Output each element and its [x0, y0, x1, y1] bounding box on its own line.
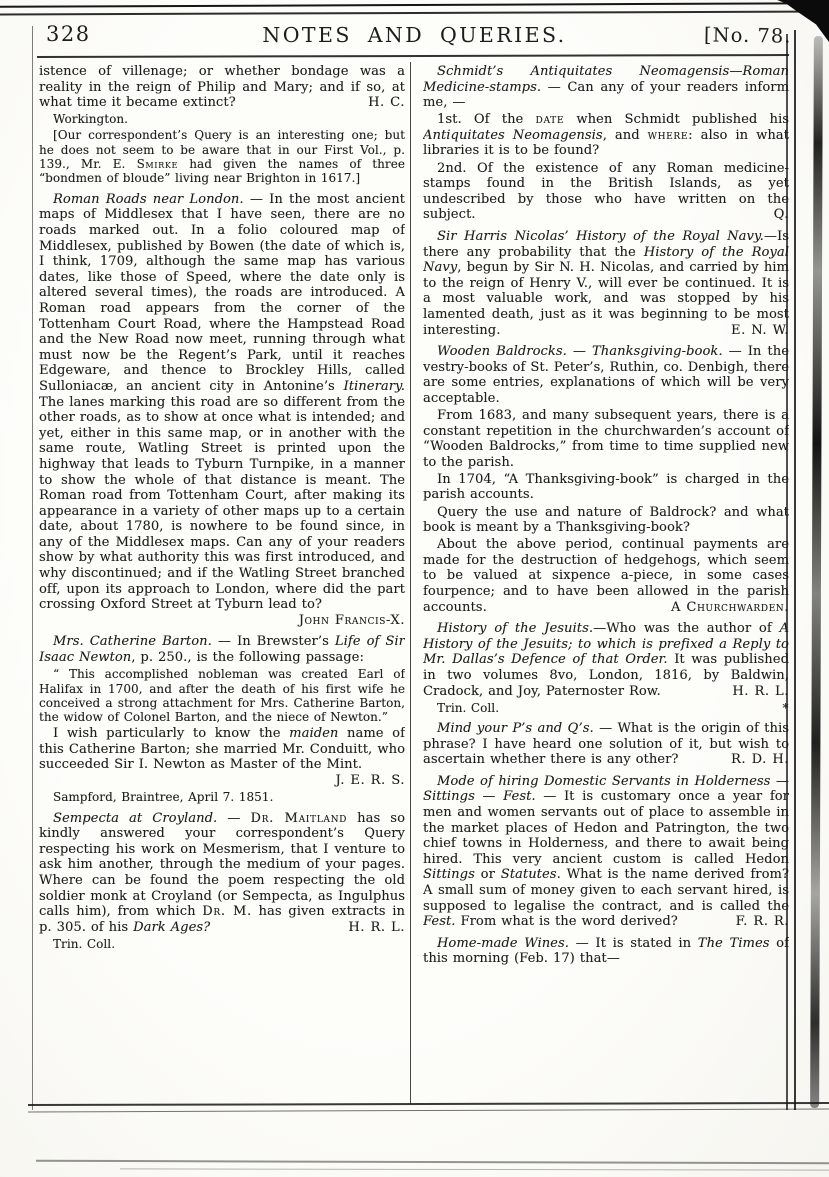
signature: H. C.: [358, 95, 405, 111]
signature: E. N. W.: [707, 323, 789, 339]
text-run: Mind your P’s and Q’s.: [437, 721, 594, 736]
text-run: From what is the word derived?: [456, 914, 678, 929]
text-run: Smirke: [137, 157, 179, 171]
paragraph: Mind your P’s and Q’s. — What is the ori…: [423, 721, 789, 768]
text-run: , and: [603, 128, 648, 143]
text-run: when Schmidt published his: [564, 112, 789, 127]
text-run: or: [475, 867, 501, 882]
paragraph: Workington.: [39, 112, 405, 126]
paragraph: Mrs. Catherine Barton. — In Brewster’s L…: [39, 634, 405, 665]
text-run: 1st. Of the: [437, 112, 536, 127]
book-spine-shadow: [810, 36, 823, 1108]
text-run: , p. 250., is the following passage:: [131, 650, 364, 665]
text-run: From 1683, and many subsequent years, th…: [423, 408, 789, 470]
text-run: Sittings: [423, 867, 475, 882]
paragraph: istence of villenage; or whether bondage…: [39, 64, 405, 111]
text-run: “ This accomplished nobleman was created…: [39, 667, 405, 724]
left-column: istence of villenage; or whether bondage…: [39, 64, 405, 1102]
paragraph: Wooden Baldrocks. — Thanksgiving-book. —…: [423, 344, 789, 406]
bottom-border-line: [28, 1102, 829, 1106]
paragraph: Sempecta at Croyland. — Dr. Maitland has…: [39, 811, 405, 936]
text-run: Sir Harris Nicolas’ History of the Royal…: [437, 229, 764, 244]
text-run: maiden: [289, 726, 338, 741]
text-run: Trin. Coll.: [53, 937, 115, 951]
text-run: Antiquitates Neomagensis: [423, 128, 603, 143]
right-column: Schmidt’s Antiquitates Neomagensis—Roman…: [423, 64, 789, 1102]
paragraph: Roman Roads near London. — In the most a…: [39, 192, 405, 629]
paragraph: About the above period, continual paymen…: [423, 537, 789, 615]
text-run: istence of villenage; or whether bondage…: [39, 64, 405, 110]
paragraph: Sampford, Braintree, April 7. 1851.: [39, 790, 405, 804]
header-divider-rule: [37, 54, 789, 58]
signature: H. R. L.: [708, 684, 789, 700]
text-run: History of the Jesuits.: [437, 621, 593, 636]
top-border-line: [0, 11, 829, 16]
signature: H. R. L.: [324, 920, 405, 936]
column-divider: [410, 62, 411, 1104]
issue-number: [No. 78.: [703, 23, 791, 47]
paragraph: Sir Harris Nicolas’ History of the Royal…: [423, 229, 789, 338]
signature: F. R. R.: [712, 914, 789, 930]
text-run: — It is stated in: [569, 936, 698, 951]
signature: Q.: [750, 207, 789, 223]
text-run: Roman Roads near London.: [53, 192, 244, 207]
text-run: The lanes marking this road are so diffe…: [39, 395, 405, 613]
text-run: date: [536, 112, 565, 127]
text-run: 2nd. Of the existence of any Roman medic…: [423, 161, 789, 223]
paragraph: “ This accomplished nobleman was created…: [39, 667, 405, 725]
paragraph: Trin. Coll.*: [423, 701, 789, 715]
signature: A Churchwarden.: [647, 600, 789, 616]
paragraph: From 1683, and many subsequent years, th…: [423, 408, 789, 470]
paragraph: Home-made Wines. — It is stated in The T…: [423, 936, 789, 967]
text-run: In 1704, “A Thanksgiving-book” is charge…: [423, 472, 789, 503]
paragraph: I wish particularly to know the maiden n…: [39, 726, 405, 788]
text-run: —Who was the author of: [593, 621, 779, 636]
scanned-page: 328 NOTES AND QUERIES. [No. 78. istence …: [0, 0, 829, 1177]
bottom-border-line: [28, 1108, 829, 1112]
paragraph: History of the Jesuits.—Who was the auth…: [423, 621, 789, 699]
text-run: The Times: [698, 936, 770, 951]
signature: J. E. R. S.: [311, 773, 405, 789]
text-run: Wooden Baldrocks. — Thanksgiving-book.: [437, 344, 723, 359]
text-run: Home-made Wines.: [437, 936, 569, 951]
text-run: Dr. Maitland: [250, 811, 347, 826]
paragraph: Schmidt’s Antiquitates Neomagensis—Roman…: [423, 64, 789, 111]
text-run: — In Brewster’s: [212, 634, 335, 649]
text-run: Statutes: [501, 867, 557, 882]
paragraph: 2nd. Of the existence of any Roman medic…: [423, 161, 789, 223]
text-run: Query the use and nature of Baldrock? an…: [423, 505, 789, 536]
text-run: Dr. M.: [202, 904, 252, 919]
paragraph: Query the use and nature of Baldrock? an…: [423, 505, 789, 536]
paragraph: Trin. Coll.: [39, 937, 405, 951]
text-run: I wish particularly to know the: [53, 726, 289, 741]
running-head: 328 NOTES AND QUERIES. [No. 78.: [0, 18, 829, 54]
paragraph: In 1704, “A Thanksgiving-book” is charge…: [423, 472, 789, 503]
text-run: Sempecta at Croyland.: [53, 811, 217, 826]
page-edge-line: [120, 1168, 829, 1170]
right-border-line: [794, 30, 796, 1110]
text-run: —: [217, 811, 250, 826]
top-border-line: [0, 2, 829, 8]
text-run: — In the most ancient maps of Middlesex …: [39, 192, 405, 394]
text-run: Itinerary.: [343, 379, 405, 394]
text-run: Fest.: [423, 914, 456, 929]
paragraph: [Our correspondent’s Query is an interes…: [39, 128, 405, 186]
paragraph: 1st. Of the date when Schmidt published …: [423, 112, 789, 159]
text-run: Sampford, Braintree, April 7. 1851.: [53, 790, 273, 804]
signature: *: [758, 701, 789, 715]
text-run: Dark Ages?: [133, 920, 210, 935]
page-edge-line: [36, 1160, 829, 1164]
paragraph: Mode of hiring Domestic Servants in Hold…: [423, 774, 789, 930]
text-run: where: [648, 128, 689, 143]
text-run: Trin. Coll.: [437, 701, 499, 715]
text-run: Workington.: [53, 112, 128, 126]
text-run: has so kindly answered your corresponden…: [39, 811, 405, 920]
text-run: Mrs. Catherine Barton.: [53, 634, 212, 649]
left-border-line: [32, 26, 33, 1110]
signature: John Francis-X.: [275, 613, 405, 629]
signature: R. D. H.: [707, 752, 789, 768]
